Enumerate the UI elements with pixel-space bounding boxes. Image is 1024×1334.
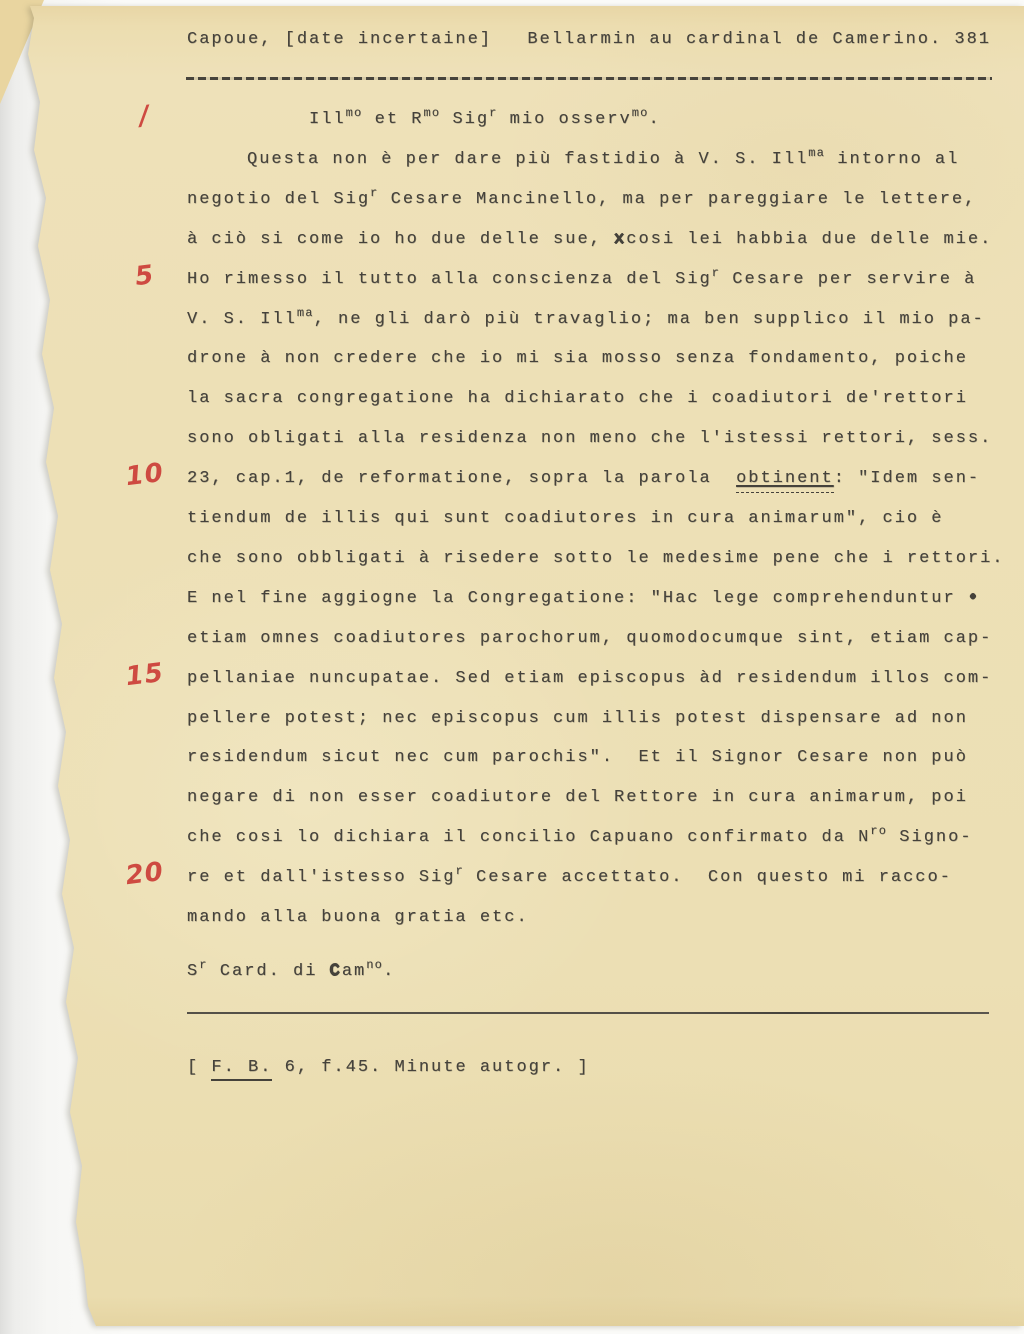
letter-line: drone à non credere che io mi sia mosso … — [187, 339, 968, 379]
letter-line: sono obligati alla residenza non meno ch… — [187, 419, 992, 459]
line-text: [ — [187, 1058, 211, 1077]
header-place-date: Capoue, [date incertaine] — [187, 30, 492, 49]
superscript-abbreviation: r — [455, 864, 463, 878]
letter-line: che cosi lo dichiara il concilio Capuano… — [187, 818, 973, 858]
line-text: mio osserv — [497, 110, 631, 129]
line-text: negare di non esser coadiutore del Retto… — [187, 788, 968, 807]
line-text: tiendum de illis qui sunt coadiutores in… — [187, 509, 944, 528]
line-text: 23, cap.1, de reformatione, sopra la par… — [187, 469, 736, 488]
line-text: pellaniae nuncupatae. Sed etiam episcopu… — [187, 669, 992, 688]
dashed-separator — [186, 77, 992, 80]
line-text: Card. di — [208, 962, 330, 981]
superscript-abbreviation: mo — [423, 106, 440, 120]
line-text: : "Idem sen- — [834, 469, 980, 488]
overstruck-character: • — [968, 589, 980, 608]
typed-content: Capoue, [date incertaine] Bellarmin au c… — [0, 0, 1024, 1334]
letter-line: che sono obbligati à risedere sotto le m… — [187, 539, 1005, 579]
line-text: S — [187, 962, 199, 981]
letter-line: pellaniae nuncupatae. Sed etiam episcopu… — [187, 659, 992, 699]
line-text: . — [649, 110, 661, 129]
line-text: Questa non è per dare più fastidio à V. … — [247, 150, 808, 169]
underlined-word: obtinent — [736, 469, 834, 493]
underlined-reference: F. B. — [211, 1058, 272, 1081]
superscript-abbreviation: r — [489, 106, 497, 120]
line-text: am — [342, 962, 366, 981]
line-text: Ill — [309, 110, 346, 129]
letter-line: la sacra congregatione ha dichiarato che… — [187, 379, 968, 419]
line-text: 6, f.45. Minute autogr. ] — [272, 1058, 589, 1077]
signature-line: Sr Card. di Camno. — [187, 952, 395, 992]
scanned-typescript-page: { "colors":{ "paper":"#ecdfb5", "ink":"#… — [0, 0, 1024, 1334]
page-header: Capoue, [date incertaine] Bellarmin au c… — [187, 30, 991, 49]
line-text: . — [383, 962, 395, 981]
letter-line: tiendum de illis qui sunt coadiutores in… — [187, 499, 944, 539]
line-text: che sono obbligati à risedere sotto le m… — [187, 549, 1005, 568]
line-text: negotio del Sig — [187, 190, 370, 209]
line-text: che cosi lo dichiara il concilio Capuano… — [187, 828, 870, 847]
source-note: [ F. B. 6, f.45. Minute autogr. ] — [187, 1048, 590, 1088]
header-title: Bellarmin au cardinal de Camerino. 381 — [527, 30, 991, 49]
line-text: à ciò si come io ho due delle sue, — [187, 230, 614, 249]
line-text: Cesare Mancinello, ma per pareggiare le … — [378, 190, 976, 209]
line-text: V. S. Ill — [187, 310, 297, 329]
line-text: Sig — [440, 110, 489, 129]
letter-line: negotio del Sigr Cesare Mancinello, ma p… — [187, 180, 976, 220]
line-text: drone à non credere che io mi sia mosso … — [187, 349, 968, 368]
letter-line: 23, cap.1, de reformatione, sopra la par… — [187, 459, 980, 499]
line-text: pellere potest; nec episcopus cum illis … — [187, 709, 968, 728]
superscript-abbreviation: r — [370, 186, 378, 200]
letter-line: mando alla buona gratia etc. — [187, 898, 529, 938]
letter-line: E nel fine aggiogne la Congregatione: "H… — [187, 579, 980, 619]
superscript-abbreviation: ma — [808, 146, 825, 160]
line-text: et R — [362, 110, 423, 129]
line-text: intorno al — [825, 150, 959, 169]
line-text: re et dall'istesso Sig — [187, 868, 455, 887]
signature-separator — [187, 1012, 989, 1014]
superscript-abbreviation: r — [199, 958, 207, 972]
line-text: cosi lei habbia due delle mie. — [626, 230, 992, 249]
letter-line: Questa non è per dare più fastidio à V. … — [187, 140, 959, 180]
line-text: Ho rimesso il tutto alla conscienza del … — [187, 270, 712, 289]
line-text: etiam omnes coadiutores parochorum, quom… — [187, 629, 992, 648]
margin-line-number: 10 — [114, 454, 176, 501]
letter-line: à ciò si come io ho due delle sue, xcosi… — [187, 220, 992, 260]
margin-line-number: / — [114, 95, 176, 142]
line-text: , ne gli darò più travaglio; ma ben supp… — [314, 310, 985, 329]
scan-background: Capoue, [date incertaine] Bellarmin au c… — [0, 0, 1024, 1334]
letter-line: re et dall'istesso Sigr Cesare accettato… — [187, 858, 952, 898]
letter-line: pellere potest; nec episcopus cum illis … — [187, 699, 968, 739]
line-text: Cesare accettato. Con questo mi racco- — [464, 868, 952, 887]
letter-line: Ho rimesso il tutto alla conscienza del … — [187, 260, 976, 300]
overstruck-character: x — [614, 230, 626, 249]
margin-line-number: 15 — [114, 653, 176, 700]
superscript-abbreviation: mo — [632, 106, 649, 120]
line-text: la sacra congregatione ha dichiarato che… — [187, 389, 968, 408]
letter-line: residendum sicut nec cum parochis". Et i… — [187, 738, 968, 778]
line-text: Signo- — [887, 828, 972, 847]
letter-line: V. S. Illma, ne gli darò più travaglio; … — [187, 300, 985, 340]
line-text: Cesare per servire à — [720, 270, 976, 289]
superscript-abbreviation: mo — [346, 106, 363, 120]
letter-line: etiam omnes coadiutores parochorum, quom… — [187, 619, 992, 659]
line-text: E nel fine aggiogne la Congregatione: "H… — [187, 589, 968, 608]
letter-line: Illmo et Rmo Sigr mio osservmo. — [187, 100, 661, 140]
superscript-abbreviation: ro — [870, 824, 887, 838]
margin-line-number: 20 — [114, 853, 176, 900]
line-text: mando alla buona gratia etc. — [187, 908, 529, 927]
overstruck-character: C — [330, 962, 342, 981]
superscript-abbreviation: no — [366, 958, 383, 972]
line-text: sono obligati alla residenza non meno ch… — [187, 429, 992, 448]
superscript-abbreviation: r — [712, 266, 720, 280]
margin-line-number: 5 — [114, 254, 176, 301]
letter-line: negare di non esser coadiutore del Retto… — [187, 778, 968, 818]
superscript-abbreviation: ma — [297, 306, 314, 320]
line-text: residendum sicut nec cum parochis". Et i… — [187, 748, 968, 767]
